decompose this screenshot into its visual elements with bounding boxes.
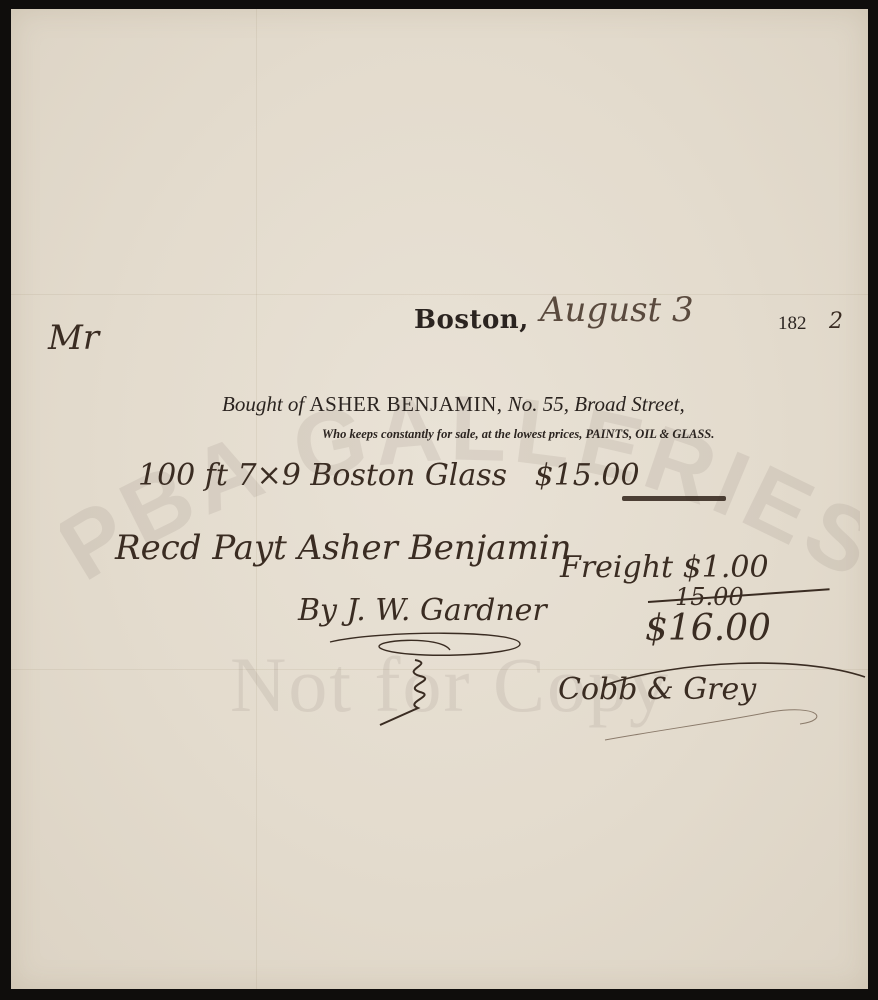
merchant-tagline: Who keeps constantly for sale, at the lo… <box>322 427 714 442</box>
line-item-amount: $15.00 <box>535 458 640 493</box>
merchant-name: ASHER BENJAMIN, <box>310 392 503 416</box>
handwritten-year-digit: 2 <box>829 309 843 334</box>
fold-line <box>11 294 868 295</box>
line-item: 100 ft 7×9 Boston Glass $15.00 <box>138 458 640 493</box>
fold-line <box>256 9 257 989</box>
bought-of-label: Bought of <box>222 392 304 416</box>
amount-underline <box>622 496 726 501</box>
billhead: Bought of ASHER BENJAMIN, No. 55, Broad … <box>222 392 685 417</box>
freight-line: Freight $1.00 <box>560 550 769 585</box>
freight-amount: $1.00 <box>683 550 769 585</box>
printed-year: 182 <box>778 313 807 335</box>
place-name: Boston, <box>414 305 529 335</box>
receipt-acknowledgement: Recd Payt Asher Benjamin <box>115 528 572 568</box>
handwritten-date: August 3 <box>540 290 694 330</box>
address-number: No. 55, <box>508 392 569 416</box>
signature-by: By J. W. Gardner <box>298 593 547 628</box>
endorsement-underline-icon <box>600 700 830 750</box>
street-name: Broad Street, <box>574 392 684 416</box>
signature-flourish-icon <box>320 630 540 730</box>
total-amount: $16.00 <box>645 608 771 649</box>
receipt-paper <box>11 9 868 989</box>
salutation: Mr <box>48 318 99 358</box>
freight-label: Freight <box>560 550 673 585</box>
line-item-description: 100 ft 7×9 Boston Glass <box>138 458 507 493</box>
